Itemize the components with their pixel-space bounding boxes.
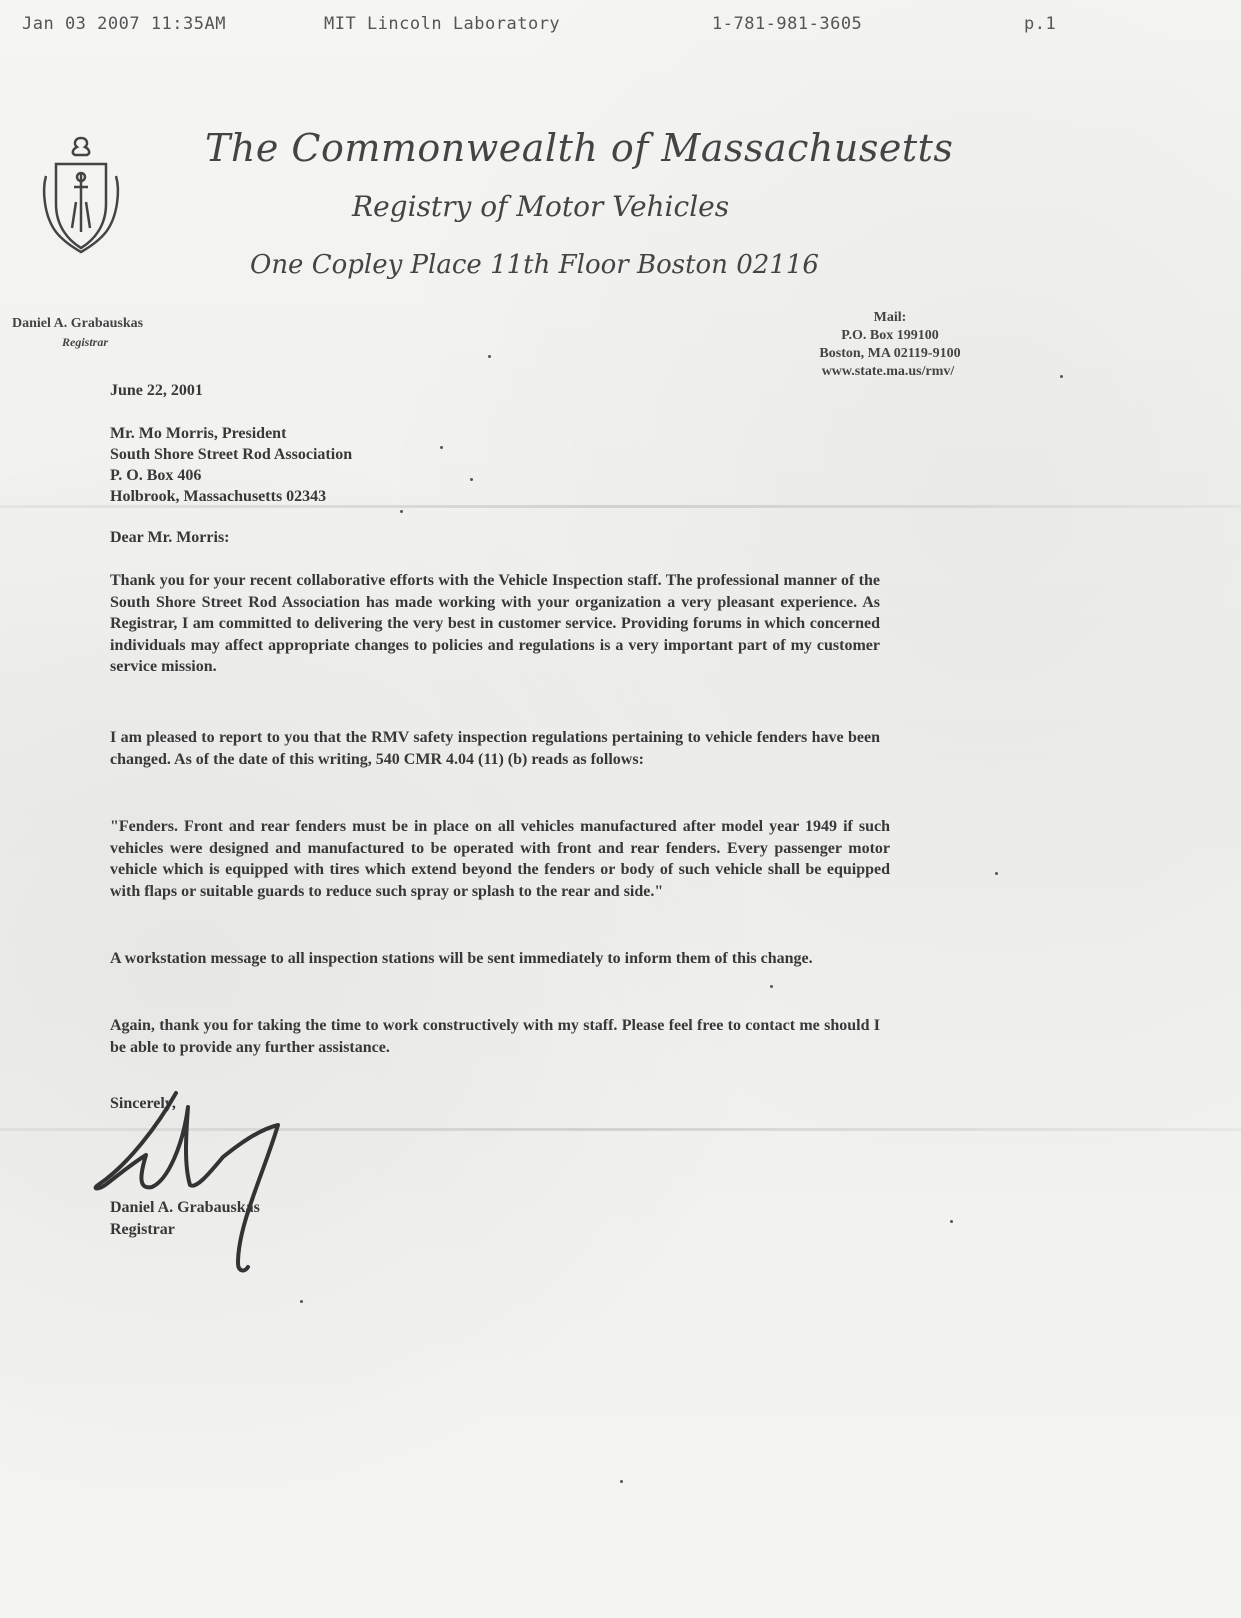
paragraph-regulation-change: I am pleased to report to you that the R… [110,727,880,770]
fax-page-number: p.1 [1024,14,1056,34]
noise-speck [950,1220,953,1223]
noise-speck [995,872,998,875]
massachusetts-seal-icon [38,132,124,256]
header-official-name: Daniel A. Grabauskas [12,316,143,331]
paragraph-workstation-message: A workstation message to all inspection … [110,948,880,970]
recipient-line: Mr. Mo Morris, President [110,423,352,444]
header-official: Daniel A. Grabauskas Registrar [12,316,143,350]
paragraph-intro: Thank you for your recent collaborative … [110,570,880,678]
salutation: Dear Mr. Morris: [110,527,230,549]
handwritten-signature-icon [88,1085,318,1275]
mail-address-block: Mail: P.O. Box 199100 Boston, MA 02119-9… [790,309,990,381]
recipient-address: Mr. Mo Morris, President South Shore Str… [110,423,352,507]
paper-background [0,0,1241,1618]
letter-date: June 22, 2001 [110,380,203,402]
signer-name: Daniel A. Grabauskas [110,1197,260,1219]
fax-timestamp: Jan 03 2007 11:35AM [22,14,226,34]
noise-speck [620,1480,623,1483]
fax-sender: MIT Lincoln Laboratory [324,14,560,34]
noise-speck [488,355,491,358]
fax-phone: 1-781-981-3605 [712,14,862,34]
recipient-line: Holbrook, Massachusetts 02343 [110,486,352,507]
mail-city: Boston, MA 02119-9100 [790,345,990,363]
paragraph-regulation-quote: "Fenders. Front and rear fenders must be… [110,816,890,902]
noise-speck [770,985,773,988]
recipient-line: South Shore Street Rod Association [110,444,352,465]
letterhead-title: The Commonwealth of Massachusetts [205,126,953,170]
mail-po-box: P.O. Box 199100 [790,327,990,345]
signer-block: Daniel A. Grabauskas Registrar [110,1197,260,1241]
paragraph-thanks: Again, thank you for taking the time to … [110,1015,880,1058]
mail-label: Mail: [790,309,990,327]
noise-speck [400,510,403,513]
mail-website: www.state.ma.us/rmv/ [786,363,990,381]
noise-speck [1060,375,1063,378]
letterhead-address: One Copley Place 11th Floor Boston 02116 [250,250,819,280]
letterhead-subtitle: Registry of Motor Vehicles [352,190,729,223]
header-official-title: Registrar [62,335,143,350]
noise-speck [440,446,443,449]
recipient-line: P. O. Box 406 [110,465,352,486]
signer-title: Registrar [110,1219,260,1241]
noise-speck [470,478,473,481]
noise-speck [300,1300,303,1303]
